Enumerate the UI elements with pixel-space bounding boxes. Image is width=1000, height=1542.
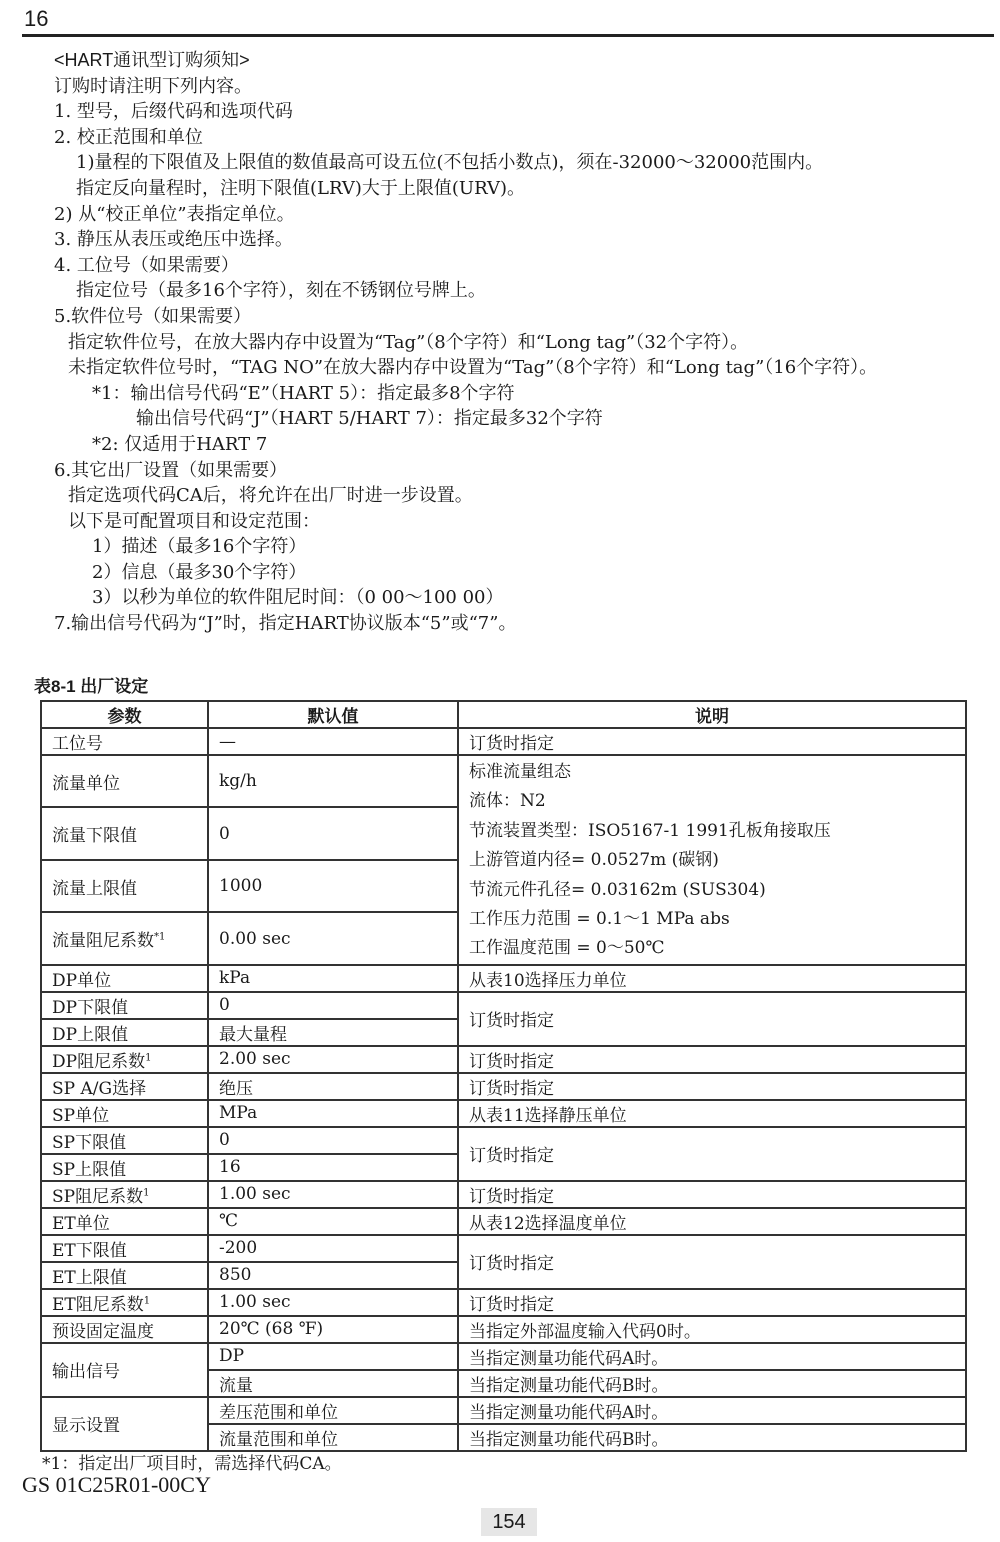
desc-cell: 从表11选择静压单位: [458, 1100, 966, 1127]
desc-cell: 从表12选择温度单位: [458, 1208, 966, 1235]
param-cell: 预设固定温度: [41, 1316, 208, 1343]
flow-desc-line: 节流装置类型：ISO5167-1 1991孔板角接取压: [469, 817, 955, 846]
param-cell: SP单位: [41, 1100, 208, 1127]
param-cell: 流量下限值: [41, 807, 208, 859]
value-cell: 0.00 sec: [208, 912, 458, 964]
note-line: 指定反向量程时，注明下限值(LRV)大于上限值(URV)。: [54, 176, 877, 202]
param-cell: 流量单位: [41, 755, 208, 807]
param-cell: DP单位: [41, 965, 208, 992]
desc-cell: 订货时指定: [458, 1181, 966, 1208]
desc-cell: 订货时指定: [458, 1127, 966, 1181]
param-cell: SP下限值: [41, 1127, 208, 1154]
desc-cell: 订货时指定: [458, 1235, 966, 1289]
table-row: SP下限值 0 订货时指定: [41, 1127, 966, 1154]
value-cell: ℃: [208, 1208, 458, 1235]
header-default: 默认值: [208, 701, 458, 728]
param-cell: 显示设置: [41, 1397, 208, 1451]
param-cell: DP阻尼系数1: [41, 1046, 208, 1073]
desc-cell: 订货时指定: [458, 1073, 966, 1100]
value-cell: 1.00 sec: [208, 1181, 458, 1208]
note-line: 1）描述（最多16个字符）: [54, 534, 877, 560]
flow-desc-line: 上游管道内径= 0.0527m (碳钢): [469, 846, 955, 875]
value-cell: 0: [208, 807, 458, 859]
value-cell: kg/h: [208, 755, 458, 807]
note-line: 2）信息（最多30个字符）: [54, 560, 877, 586]
desc-cell: 当指定测量功能代码A时。: [458, 1397, 966, 1424]
value-cell: 0: [208, 992, 458, 1019]
factory-settings-table: 参数 默认值 说明 工位号 — 订货时指定 流量单位 kg/h 标准流量组态流体…: [40, 700, 967, 1452]
table-row: 流量单位 kg/h 标准流量组态流体：N2节流装置类型：ISO5167-1 19…: [41, 755, 966, 807]
header-desc: 说明: [458, 701, 966, 728]
value-cell: —: [208, 728, 458, 755]
value-cell: 最大量程: [208, 1019, 458, 1046]
note-line: *1：输出信号代码“E”（HART 5）：指定最多8个字符: [54, 381, 877, 407]
note-line: 7.输出信号代码为“J”时，指定HART协议版本“5”或“7”。: [54, 611, 877, 637]
value-cell: 0: [208, 1127, 458, 1154]
note-line: 订购时请注明下列内容。: [54, 74, 877, 100]
desc-cell: 订货时指定: [458, 1046, 966, 1073]
param-cell: ET单位: [41, 1208, 208, 1235]
value-cell: 2.00 sec: [208, 1046, 458, 1073]
table-row: 预设固定温度 20℃ (68 ℉) 当指定外部温度输入代码0时。: [41, 1316, 966, 1343]
note-line: 指定位号（最多16个字符），刻在不锈钢位号牌上。: [54, 278, 877, 304]
note-line: 3. 静压从表压或绝压中选择。: [54, 227, 877, 253]
param-cell: SP上限值: [41, 1154, 208, 1181]
note-line: 2) 从“校正单位”表指定单位。: [54, 202, 877, 228]
value-cell: -200: [208, 1235, 458, 1262]
notes-title: <HART通讯型订购须知>: [54, 48, 877, 74]
flow-desc-line: 节流元件孔径= 0.03162m (SUS304): [469, 876, 955, 905]
value-cell: 1.00 sec: [208, 1289, 458, 1316]
desc-cell: 从表10选择压力单位: [458, 965, 966, 992]
param-cell: DP下限值: [41, 992, 208, 1019]
value-cell: DP: [208, 1343, 458, 1370]
param-cell: SP A/G选择: [41, 1073, 208, 1100]
note-line: 2. 校正范围和单位: [54, 125, 877, 151]
param-cell: ET下限值: [41, 1235, 208, 1262]
value-cell: 16: [208, 1154, 458, 1181]
desc-cell: 当指定测量功能代码A时。: [458, 1343, 966, 1370]
value-cell: 差压范围和单位: [208, 1397, 458, 1424]
note-line: 以下是可配置项目和设定范围：: [54, 509, 877, 535]
param-cell: ET阻尼系数1: [41, 1289, 208, 1316]
footnote: *1：指定出厂项目时，需选择代码CA。: [42, 1449, 342, 1474]
order-notes: <HART通讯型订购须知> 订购时请注明下列内容。1. 型号，后缀代码和选项代码…: [54, 48, 877, 637]
desc-cell: 订货时指定: [458, 992, 966, 1046]
notes-lines: 订购时请注明下列内容。1. 型号，后缀代码和选项代码2. 校正范围和单位1)量程…: [54, 74, 877, 637]
table-row: ET阻尼系数1 1.00 sec 订货时指定: [41, 1289, 966, 1316]
value-cell: 1000: [208, 860, 458, 912]
table-row: DP阻尼系数1 2.00 sec 订货时指定: [41, 1046, 966, 1073]
note-line: 4. 工位号（如果需要）: [54, 253, 877, 279]
desc-cell: 当指定测量功能代码B时。: [458, 1370, 966, 1397]
table-row: DP单位 kPa 从表10选择压力单位: [41, 965, 966, 992]
flow-desc-line: 工作温度范围 = 0～50℃: [469, 934, 955, 963]
flow-desc-line: 流体：N2: [469, 787, 955, 816]
header-rule: [22, 34, 994, 37]
table-row: SP A/G选择 绝压 订货时指定: [41, 1073, 966, 1100]
note-line: 指定软件位号，在放大器内存中设置为“Tag”（8个字符）和“Long tag”（…: [54, 330, 877, 356]
value-cell: 20℃ (68 ℉): [208, 1316, 458, 1343]
note-line: 5.软件位号（如果需要）: [54, 304, 877, 330]
table-header-row: 参数 默认值 说明: [41, 701, 966, 728]
value-cell: 流量: [208, 1370, 458, 1397]
header-param: 参数: [41, 701, 208, 728]
note-line: 3）以秒为单位的软件阻尼时间：（0 00～100 00）: [54, 585, 877, 611]
table-row: 输出信号 DP 当指定测量功能代码A时。: [41, 1343, 966, 1370]
note-line: 1. 型号，后缀代码和选项代码: [54, 99, 877, 125]
value-cell: 850: [208, 1262, 458, 1289]
table-row: 工位号 — 订货时指定: [41, 728, 966, 755]
flow-desc-line: 标准流量组态: [469, 758, 955, 787]
page-number: 16: [24, 6, 48, 32]
value-cell: kPa: [208, 965, 458, 992]
document-id: GS 01C25R01-00CY: [22, 1472, 211, 1498]
table-row: SP单位 MPa 从表11选择静压单位: [41, 1100, 966, 1127]
value-cell: MPa: [208, 1100, 458, 1127]
desc-cell: 订货时指定: [458, 728, 966, 755]
table-row: SP阻尼系数1 1.00 sec 订货时指定: [41, 1181, 966, 1208]
note-line: *2: 仅适用于HART 7: [54, 432, 877, 458]
note-line: 指定选项代码CA后，将允许在出厂时进一步设置。: [54, 483, 877, 509]
param-cell: ET上限值: [41, 1262, 208, 1289]
table-row: ET单位 ℃ 从表12选择温度单位: [41, 1208, 966, 1235]
value-cell: 绝压: [208, 1073, 458, 1100]
param-cell: 工位号: [41, 728, 208, 755]
param-cell: 流量阻尼系数*1: [41, 912, 208, 964]
table-caption: 表8-1 出厂设定: [34, 672, 148, 697]
desc-cell: 订货时指定: [458, 1289, 966, 1316]
param-cell: 流量上限值: [41, 860, 208, 912]
note-line: 输出信号代码“J”（HART 5/HART 7）：指定最多32个字符: [54, 406, 877, 432]
table-row: DP下限值 0 订货时指定: [41, 992, 966, 1019]
value-cell: 流量范围和单位: [208, 1424, 458, 1451]
note-line: 1)量程的下限值及上限值的数值最高可设五位(不包括小数点)，须在-32000～3…: [54, 150, 877, 176]
desc-cell: 当指定测量功能代码B时。: [458, 1424, 966, 1451]
table-row: ET下限值 -200 订货时指定: [41, 1235, 966, 1262]
table-row: 显示设置 差压范围和单位 当指定测量功能代码A时。: [41, 1397, 966, 1424]
page-indicator: 154: [481, 1508, 537, 1536]
desc-cell: 当指定外部温度输入代码0时。: [458, 1316, 966, 1343]
param-cell: 输出信号: [41, 1343, 208, 1397]
flow-desc-line: 工作压力范围 = 0.1～1 MPa abs: [469, 905, 955, 934]
note-line: 未指定软件位号时，“TAG NO”在放大器内存中设置为“Tag”（8个字符）和“…: [54, 355, 877, 381]
param-cell: DP上限值: [41, 1019, 208, 1046]
note-line: 6.其它出厂设置（如果需要）: [54, 458, 877, 484]
param-cell: SP阻尼系数1: [41, 1181, 208, 1208]
flow-config-desc: 标准流量组态流体：N2节流装置类型：ISO5167-1 1991孔板角接取压上游…: [458, 755, 966, 965]
